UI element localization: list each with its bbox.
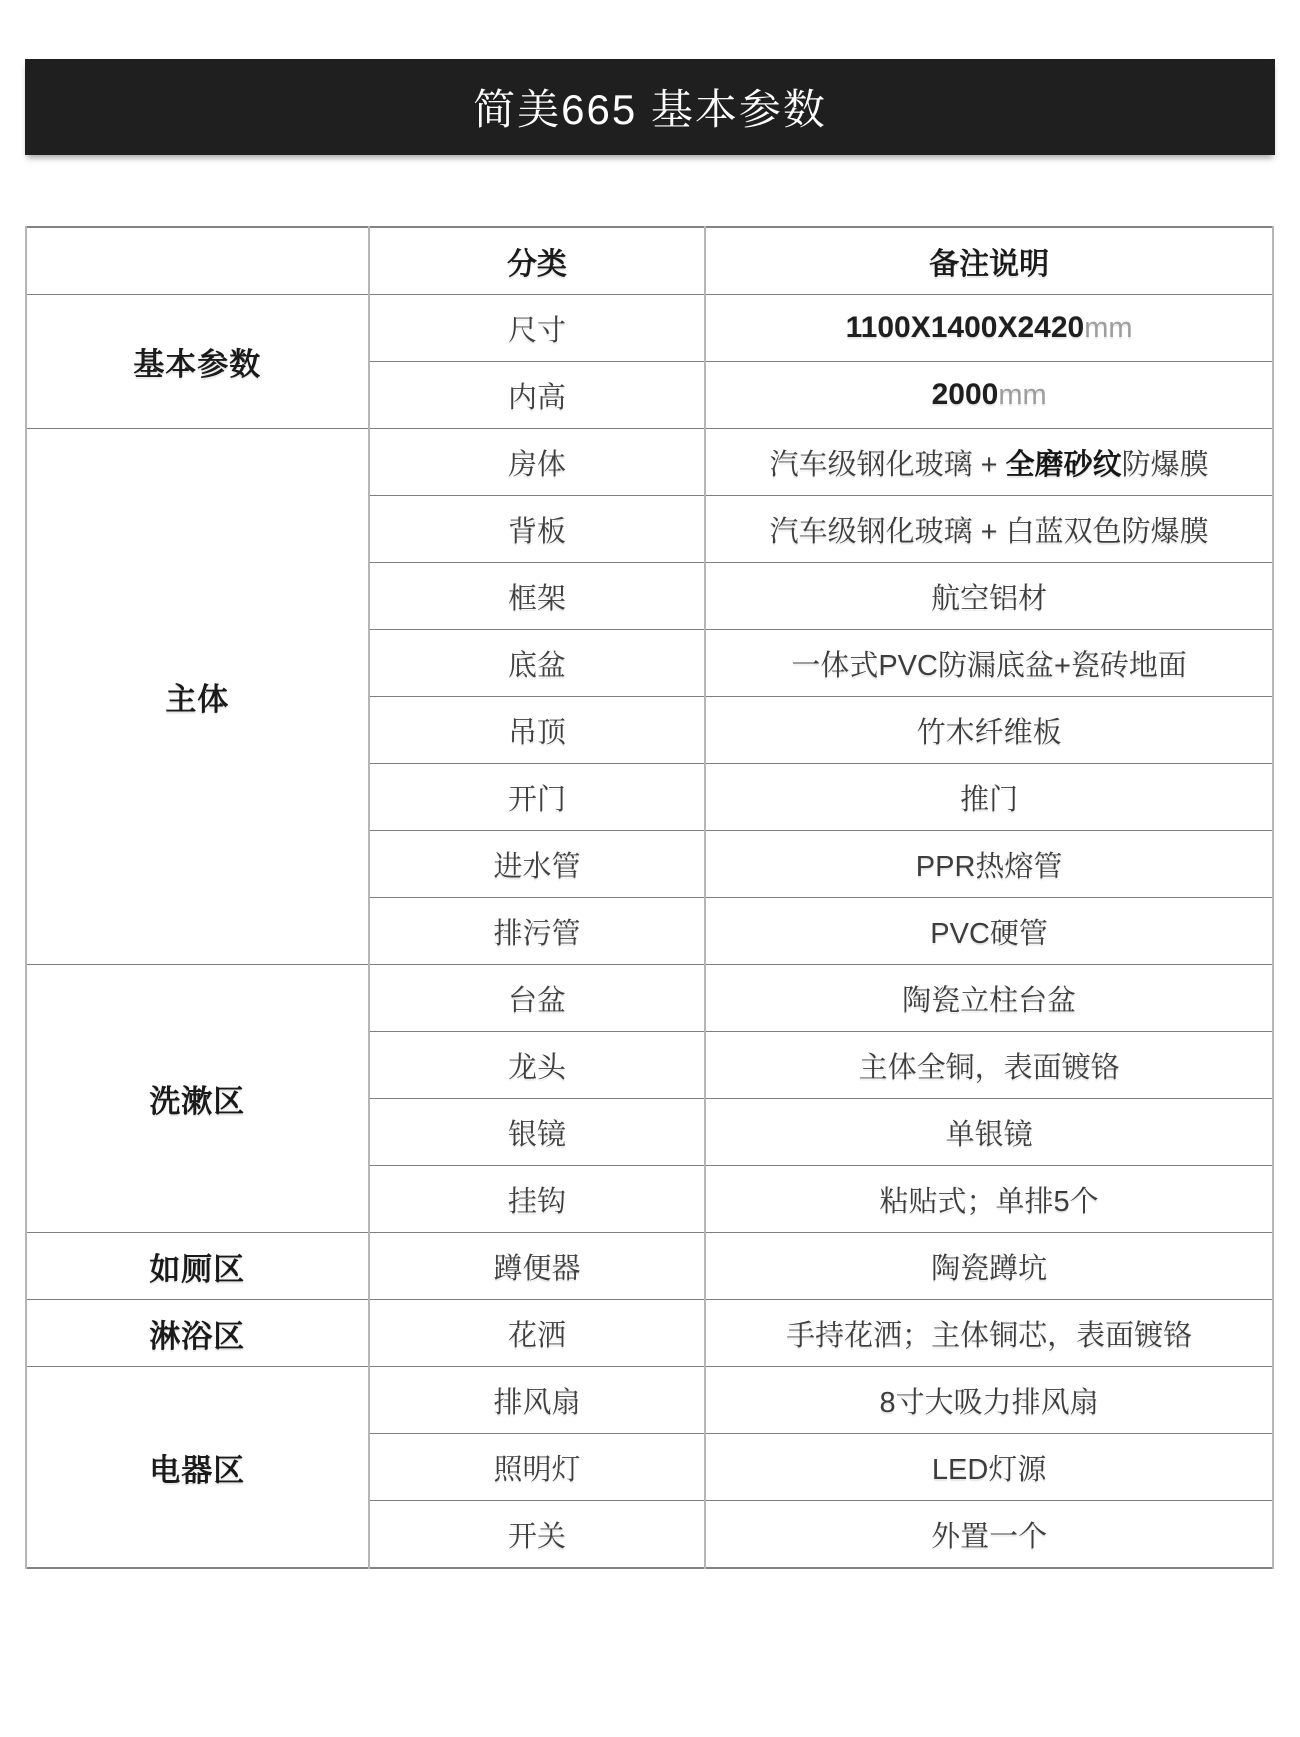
header-category-cell: 分类 (369, 227, 706, 295)
group-cell-toilet-area: 如厕区 (26, 1233, 369, 1300)
category-cell: 龙头 (369, 1032, 706, 1099)
table-row: 主体 房体 汽车级钢化玻璃 + 全磨砂纹防爆膜 (26, 429, 1273, 496)
spec-table: 分类 备注说明 基本参数 尺寸 1100X1400X2420mm 内高 2000… (25, 226, 1274, 1569)
header-group-cell (26, 227, 369, 295)
remark-cell: 推门 (705, 764, 1273, 831)
group-cell-washing-area: 洗漱区 (26, 965, 369, 1233)
remark-value: 1100X1400X2420 (846, 311, 1085, 344)
header-remark-cell: 备注说明 (705, 227, 1273, 295)
group-cell-electrical-area: 电器区 (26, 1367, 369, 1569)
category-cell: 开关 (369, 1501, 706, 1569)
remark-unit: mm (998, 379, 1046, 411)
category-cell: 内高 (369, 362, 706, 429)
table-header-row: 分类 备注说明 (26, 227, 1273, 295)
category-cell: 底盆 (369, 630, 706, 697)
table-row: 如厕区 蹲便器 陶瓷蹲坑 (26, 1233, 1273, 1300)
remark-cell: 陶瓷蹲坑 (705, 1233, 1273, 1300)
category-cell: 尺寸 (369, 295, 706, 362)
category-cell: 台盆 (369, 965, 706, 1032)
category-cell: 开门 (369, 764, 706, 831)
category-cell: 花洒 (369, 1300, 706, 1367)
remark-text: 汽车级钢化玻璃 + (770, 449, 1006, 481)
remark-cell: 单银镜 (705, 1099, 1273, 1166)
table-row: 电器区 排风扇 8寸大吸力排风扇 (26, 1367, 1273, 1434)
category-cell: 排风扇 (369, 1367, 706, 1434)
remark-cell: 粘贴式；单排5个 (705, 1166, 1273, 1233)
category-cell: 银镜 (369, 1099, 706, 1166)
category-cell: 背板 (369, 496, 706, 563)
remark-unit: mm (1084, 312, 1132, 344)
remark-value: 2000 (932, 378, 999, 411)
category-cell: 排污管 (369, 898, 706, 965)
group-cell-basic-params: 基本参数 (26, 295, 369, 429)
remark-cell: 8寸大吸力排风扇 (705, 1367, 1273, 1434)
remark-text: 防爆膜 (1122, 449, 1209, 481)
group-cell-main-body: 主体 (26, 429, 369, 965)
remark-cell: PVC硬管 (705, 898, 1273, 965)
category-cell: 挂钩 (369, 1166, 706, 1233)
page-title-bar: 简美665 基本参数 (25, 59, 1275, 155)
category-cell: 框架 (369, 563, 706, 630)
category-cell: 照明灯 (369, 1434, 706, 1501)
category-cell: 蹲便器 (369, 1233, 706, 1300)
remark-cell: 外置一个 (705, 1501, 1273, 1569)
remark-cell: 一体式PVC防漏底盆+瓷砖地面 (705, 630, 1273, 697)
category-cell: 进水管 (369, 831, 706, 898)
remark-cell: LED灯源 (705, 1434, 1273, 1501)
table-row: 淋浴区 花洒 手持花洒；主体铜芯，表面镀铬 (26, 1300, 1273, 1367)
group-cell-shower-area: 淋浴区 (26, 1300, 369, 1367)
remark-cell: 竹木纤维板 (705, 697, 1273, 764)
remark-cell: 主体全铜，表面镀铬 (705, 1032, 1273, 1099)
remark-cell: 陶瓷立柱台盆 (705, 965, 1273, 1032)
remark-cell: 汽车级钢化玻璃 + 白蓝双色防爆膜 (705, 496, 1273, 563)
table-row: 洗漱区 台盆 陶瓷立柱台盆 (26, 965, 1273, 1032)
table-row: 基本参数 尺寸 1100X1400X2420mm (26, 295, 1273, 362)
remark-cell: 1100X1400X2420mm (705, 295, 1273, 362)
remark-cell: PPR热熔管 (705, 831, 1273, 898)
remark-cell: 汽车级钢化玻璃 + 全磨砂纹防爆膜 (705, 429, 1273, 496)
page-title: 简美665 基本参数 (473, 77, 827, 137)
remark-text-bold: 全磨砂纹 (1006, 449, 1122, 481)
remark-cell: 航空铝材 (705, 563, 1273, 630)
category-cell: 房体 (369, 429, 706, 496)
category-cell: 吊顶 (369, 697, 706, 764)
remark-cell: 2000mm (705, 362, 1273, 429)
remark-cell: 手持花洒；主体铜芯，表面镀铬 (705, 1300, 1273, 1367)
